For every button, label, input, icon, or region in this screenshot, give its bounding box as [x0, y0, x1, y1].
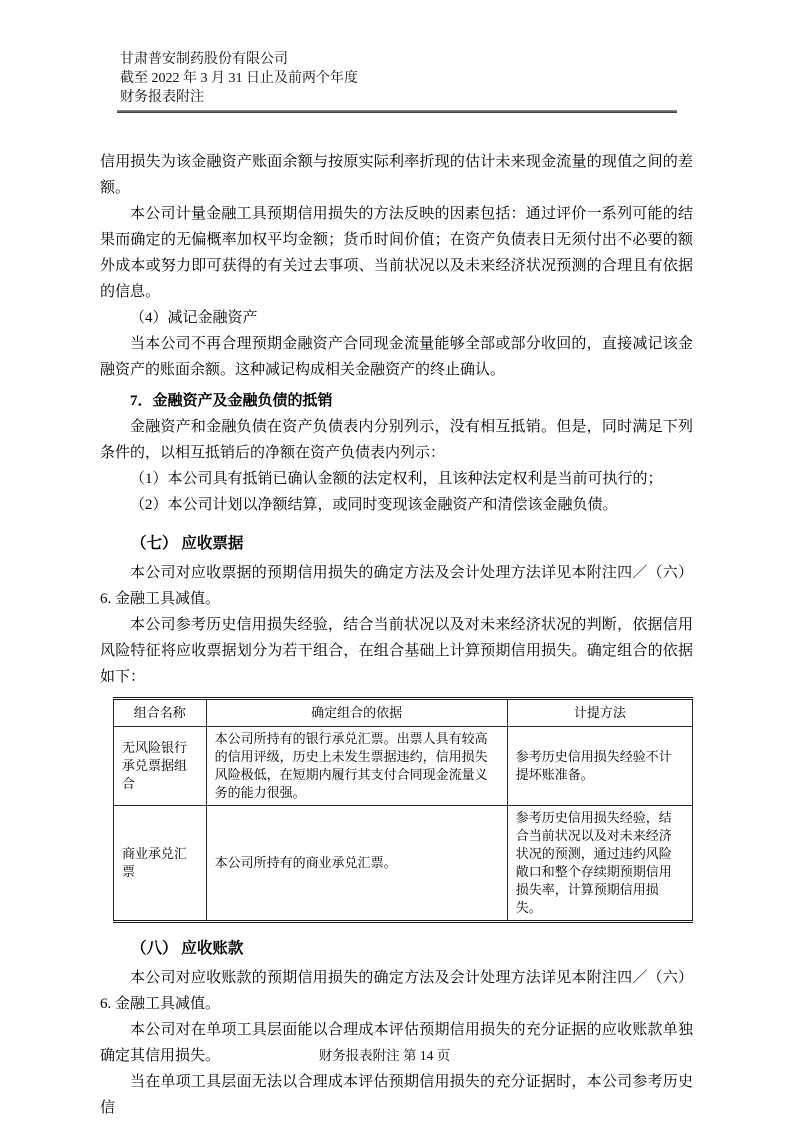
- cell-portfolio-basis: 本公司所持有的银行承兑汇票。出票人具有较高的信用评级，历史上未发生票据违约，信用…: [206, 727, 507, 806]
- cell-portfolio-name: 无风险银行承兑票据组合: [114, 727, 207, 806]
- subheading-write-off-financial-assets: （4）减记金融资产: [100, 305, 693, 331]
- receivables-portfolio-table: 组合名称 确定组合的依据 计提方法 无风险银行承兑票据组合 本公司所持有的银行承…: [113, 697, 693, 923]
- heading-offsetting-financial-assets-liabilities: 7．金融资产及金融负债的抵销: [100, 388, 693, 414]
- paragraph-write-off-description: 当本公司不再合理预期金融资产合同现金流量能够全部或部分收回的，直接减记该金融资产…: [100, 331, 693, 383]
- header-document-title: 财务报表附注: [120, 88, 793, 107]
- cell-portfolio-name: 商业承兑汇票: [114, 806, 207, 922]
- cell-portfolio-basis: 本公司所持有的商业承兑汇票。: [206, 806, 507, 922]
- paragraph-collective-assessment-continuation: 当在单项工具层面无法以合理成本评估预期信用损失的充分证据时，本公司参考历史信: [100, 1069, 693, 1121]
- header-rule: [117, 110, 677, 113]
- cell-provision-method: 参考历史信用损失经验，结合当前状况以及对未来经济状况的预测，通过违约风险敞口和整…: [507, 806, 692, 922]
- page-footer: 财务报表附注 第 14 页: [0, 1044, 769, 1064]
- page-header: 甘肃普安制药股份有限公司 截至 2022 年 3 月 31 日止及前两个年度 财…: [120, 0, 793, 107]
- paragraph-notes-receivable-reference: 本公司对应收票据的预期信用损失的确定方法及会计处理方法详见本附注四／（六）6. …: [100, 560, 693, 612]
- table-row-commercial-acceptance: 商业承兑汇票 本公司所持有的商业承兑汇票。 参考历史信用损失经验，结合当前状况以…: [114, 806, 693, 922]
- column-header-portfolio-name: 组合名称: [114, 699, 207, 727]
- table-header-row: 组合名称 确定组合的依据 计提方法: [114, 699, 693, 727]
- heading-notes-receivable: （七） 应收票据: [100, 531, 693, 557]
- paragraph-accounts-receivable-reference: 本公司对应收账款的预期信用损失的确定方法及会计处理方法详见本附注四／（六）6. …: [100, 965, 693, 1017]
- cell-provision-method: 参考历史信用损失经验不计提坏账准备。: [507, 727, 692, 806]
- column-header-portfolio-basis: 确定组合的依据: [206, 699, 507, 727]
- header-company-name: 甘肃普安制药股份有限公司: [120, 50, 793, 69]
- column-header-provision-method: 计提方法: [507, 699, 692, 727]
- header-period-line: 截至 2022 年 3 月 31 日止及前两个年度: [120, 69, 793, 88]
- table-row-bank-acceptance: 无风险银行承兑票据组合 本公司所持有的银行承兑汇票。出票人具有较高的信用评级，历…: [114, 727, 693, 806]
- paragraph-notes-receivable-portfolio-basis: 本公司参考历史信用损失经验，结合当前状况以及对未来经济状况的判断，依据信用风险特…: [100, 612, 693, 690]
- list-item-offsetting-condition-1: （1）本公司具有抵销已确认金额的法定权利，且该种法定权利是当前可执行的；: [100, 466, 693, 492]
- paragraph-offsetting-presentation: 金融资产和金融负债在资产负债表内分别列示，没有相互抵销。但是，同时满足下列条件的…: [100, 414, 693, 466]
- paragraph-ecl-measurement-factors: 本公司计量金融工具预期信用损失的方法反映的因素包括：通过评价一系列可能的结果而确…: [100, 201, 693, 305]
- paragraph-credit-loss-continuation: 信用损失为该金融资产账面余额与按原实际利率折现的估计未来现金流量的现值之间的差额…: [100, 149, 693, 201]
- page-body: 信用损失为该金融资产账面余额与按原实际利率折现的估计未来现金流量的现值之间的差额…: [0, 149, 793, 1121]
- heading-accounts-receivable: （八） 应收账款: [100, 936, 693, 962]
- list-item-offsetting-condition-2: （2）本公司计划以净额结算，或同时变现该金融资产和清偿该金融负债。: [100, 492, 693, 518]
- document-page: 甘肃普安制药股份有限公司 截至 2022 年 3 月 31 日止及前两个年度 财…: [0, 0, 793, 1122]
